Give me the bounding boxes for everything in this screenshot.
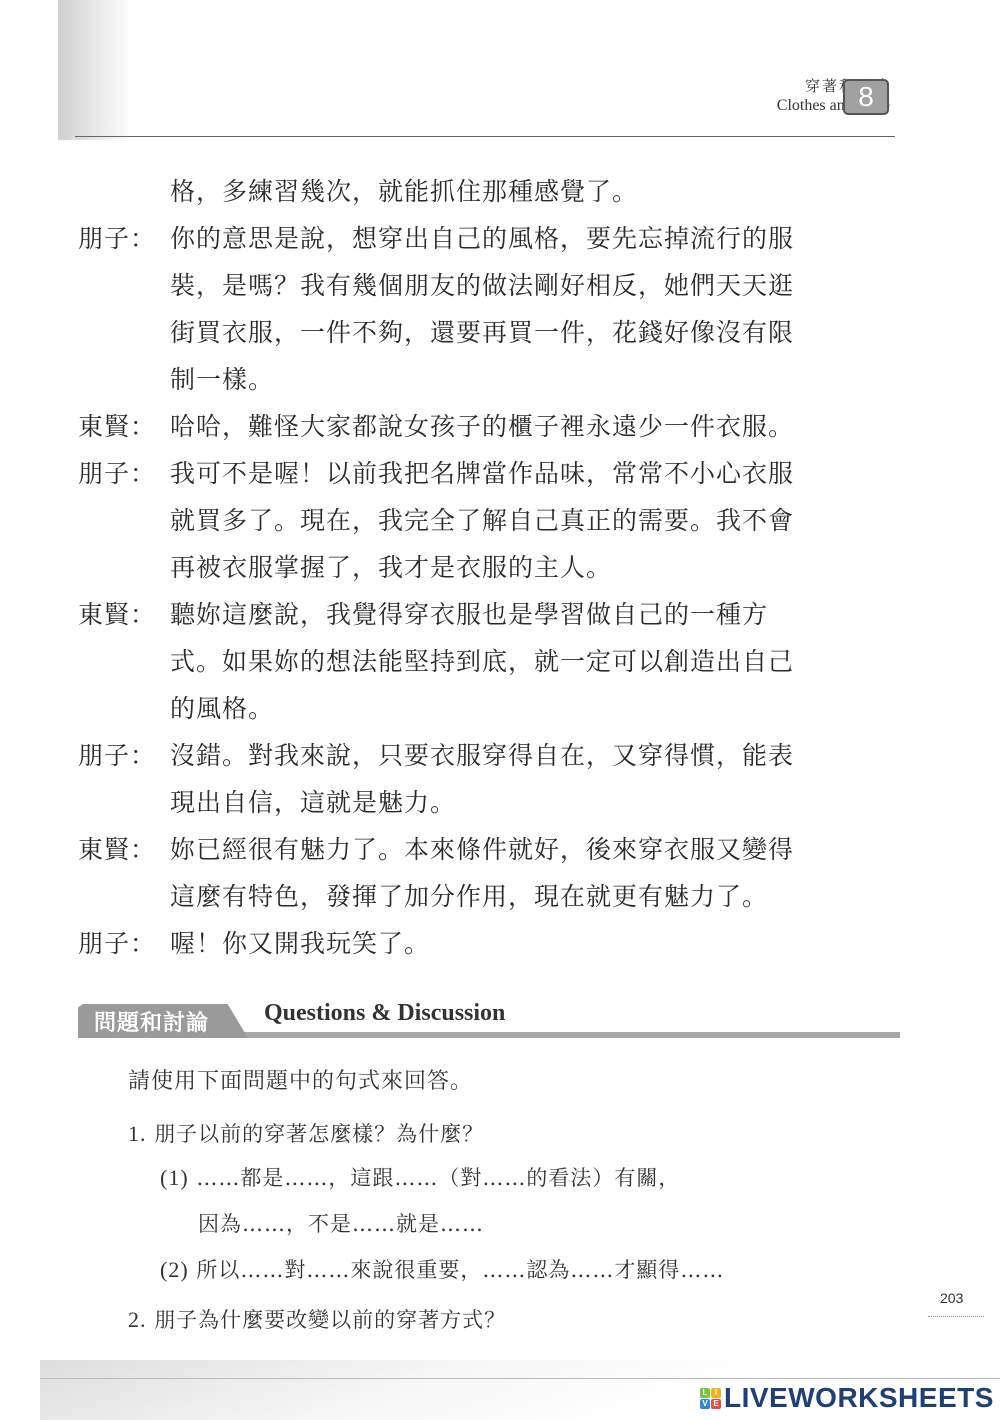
- line-text: 我可不是喔！以前我把名牌當作品味，常常不小心衣服: [170, 450, 908, 497]
- speaker-label: [78, 685, 170, 732]
- line-text: 制一樣。: [170, 356, 908, 403]
- line-text: 妳已經很有魅力了。本來條件就好，後來穿衣服又變得: [170, 826, 908, 873]
- section-title-zh: 問題和討論: [94, 1006, 209, 1037]
- speaker-label: 東賢：: [78, 403, 170, 450]
- speaker-label: [78, 262, 170, 309]
- dialogue-line: 朋子：你的意思是說，想穿出自己的風格，要先忘掉流行的服: [78, 215, 908, 262]
- speaker-label: 朋子：: [78, 920, 170, 967]
- question-1: 1. 朋子以前的穿著怎麼樣？為什麼？: [128, 1118, 484, 1148]
- dialogue-line: 就買多了。現在，我完全了解自己真正的需要。我不會: [78, 497, 908, 544]
- logo-tile: I: [711, 1388, 721, 1398]
- question-1-pattern-1: (1) ……都是……，這跟……（對……的看法）有關，: [160, 1162, 680, 1192]
- page-number-rule: [928, 1316, 984, 1318]
- speaker-label: [78, 544, 170, 591]
- dialogue-line: 朋子：沒錯。對我來說，只要衣服穿得自在，又穿得慣，能表: [78, 732, 908, 779]
- dialogue-line: 式。如果妳的想法能堅持到底，就一定可以創造出自己: [78, 638, 908, 685]
- line-text: 現出自信，這就是魅力。: [170, 779, 908, 826]
- speaker-label: [78, 168, 170, 215]
- speaker-label: [78, 638, 170, 685]
- line-text: 這麼有特色，發揮了加分作用，現在就更有魅力了。: [170, 873, 908, 920]
- speaker-label: [78, 497, 170, 544]
- line-text: 沒錯。對我來說，只要衣服穿得自在，又穿得慣，能表: [170, 732, 908, 779]
- dialogue-line: 裝，是嗎？我有幾個朋友的做法剛好相反，她們天天逛: [78, 262, 908, 309]
- scan-shadow: [58, 0, 128, 140]
- speaker-label: [78, 309, 170, 356]
- dialogue-line: 朋子：我可不是喔！以前我把名牌當作品味，常常不小心衣服: [78, 450, 908, 497]
- question-1-pattern-1-cont: 因為……，不是……就是……: [198, 1208, 484, 1238]
- instructions: 請使用下面問題中的句式來回答。: [128, 1064, 473, 1095]
- line-text: 就買多了。現在，我完全了解自己真正的需要。我不會: [170, 497, 908, 544]
- dialogue-line: 街買衣服，一件不夠，還要再買一件，花錢好像沒有限: [78, 309, 908, 356]
- section-header: 問題和討論 Questions & Discussion: [78, 1000, 900, 1040]
- line-text: 你的意思是說，想穿出自己的風格，要先忘掉流行的服: [170, 215, 908, 262]
- chapter-number: 8: [858, 83, 874, 111]
- logo-tile: L: [700, 1388, 710, 1398]
- dialogue-line: 朋子：喔！你又開我玩笑了。: [78, 920, 908, 967]
- logo-text: LIVEWORKSHEETS: [724, 1382, 994, 1414]
- speaker-label: 朋子：: [78, 215, 170, 262]
- question-number: 2.: [128, 1307, 147, 1332]
- pattern-number: (1): [160, 1165, 189, 1190]
- dialogue-line: 制一樣。: [78, 356, 908, 403]
- logo-tile: E: [711, 1399, 721, 1409]
- page-number: 203: [940, 1290, 963, 1306]
- question-text: 朋子以前的穿著怎麼樣？為什麼？: [154, 1122, 484, 1146]
- line-text: 裝，是嗎？我有幾個朋友的做法剛好相反，她們天天逛: [170, 262, 908, 309]
- question-text: 朋子為什麼要改變以前的穿著方式？: [154, 1308, 506, 1332]
- speaker-label: 朋子：: [78, 450, 170, 497]
- line-text: 喔！你又開我玩笑了。: [170, 920, 908, 967]
- header-divider: [75, 136, 895, 137]
- section-title-en: Questions & Discussion: [264, 1000, 505, 1027]
- speaker-label: [78, 356, 170, 403]
- speaker-label: 東賢：: [78, 591, 170, 638]
- dialogue-line: 再被衣服掌握了，我才是衣服的主人。: [78, 544, 908, 591]
- speaker-label: [78, 873, 170, 920]
- logo-tile: V: [700, 1399, 710, 1409]
- chapter-number-badge: 8: [843, 79, 889, 115]
- pattern-number: (2): [160, 1257, 189, 1282]
- pattern-text: ……都是……，這跟……（對……的看法）有關，: [196, 1166, 680, 1190]
- bottom-divider: [40, 1378, 1000, 1379]
- dialogue-line: 這麼有特色，發揮了加分作用，現在就更有魅力了。: [78, 873, 908, 920]
- question-2: 2. 朋子為什麼要改變以前的穿著方式？: [128, 1304, 506, 1334]
- dialogue-line: 現出自信，這就是魅力。: [78, 779, 908, 826]
- pattern-text: 所以……對……來說很重要，……認為……才顯得……: [196, 1258, 724, 1282]
- liveworksheets-logo-icon: L I V E: [700, 1388, 721, 1409]
- liveworksheets-logo[interactable]: L I V E LIVEWORKSHEETS: [700, 1382, 994, 1414]
- question-1-pattern-2: (2) 所以……對……來說很重要，……認為……才顯得……: [160, 1254, 724, 1284]
- line-text: 的風格。: [170, 685, 908, 732]
- dialogue-line: 格，多練習幾次，就能抓住那種感覺了。: [78, 168, 908, 215]
- dialogue-text: 格，多練習幾次，就能抓住那種感覺了。 朋子：你的意思是說，想穿出自己的風格，要先…: [78, 168, 908, 967]
- speaker-label: 東賢：: [78, 826, 170, 873]
- line-text: 格，多練習幾次，就能抓住那種感覺了。: [170, 168, 908, 215]
- dialogue-line: 東賢：妳已經很有魅力了。本來條件就好，後來穿衣服又變得: [78, 826, 908, 873]
- section-tab: 問題和討論: [78, 1004, 248, 1038]
- speaker-label: [78, 779, 170, 826]
- dialogue-line: 的風格。: [78, 685, 908, 732]
- question-number: 1.: [128, 1121, 147, 1146]
- line-text: 哈哈，難怪大家都說女孩子的櫃子裡永遠少一件衣服。: [170, 403, 908, 450]
- line-text: 再被衣服掌握了，我才是衣服的主人。: [170, 544, 908, 591]
- line-text: 式。如果妳的想法能堅持到底，就一定可以創造出自己: [170, 638, 908, 685]
- speaker-label: 朋子：: [78, 732, 170, 779]
- dialogue-line: 東賢：聽妳這麼說，我覺得穿衣服也是學習做自己的一種方: [78, 591, 908, 638]
- line-text: 街買衣服，一件不夠，還要再買一件，花錢好像沒有限: [170, 309, 908, 356]
- line-text: 聽妳這麼說，我覺得穿衣服也是學習做自己的一種方: [170, 591, 908, 638]
- dialogue-line: 東賢：哈哈，難怪大家都說女孩子的櫃子裡永遠少一件衣服。: [78, 403, 908, 450]
- section-divider: [218, 1032, 900, 1038]
- pattern-text: 因為……，不是……就是……: [198, 1212, 484, 1236]
